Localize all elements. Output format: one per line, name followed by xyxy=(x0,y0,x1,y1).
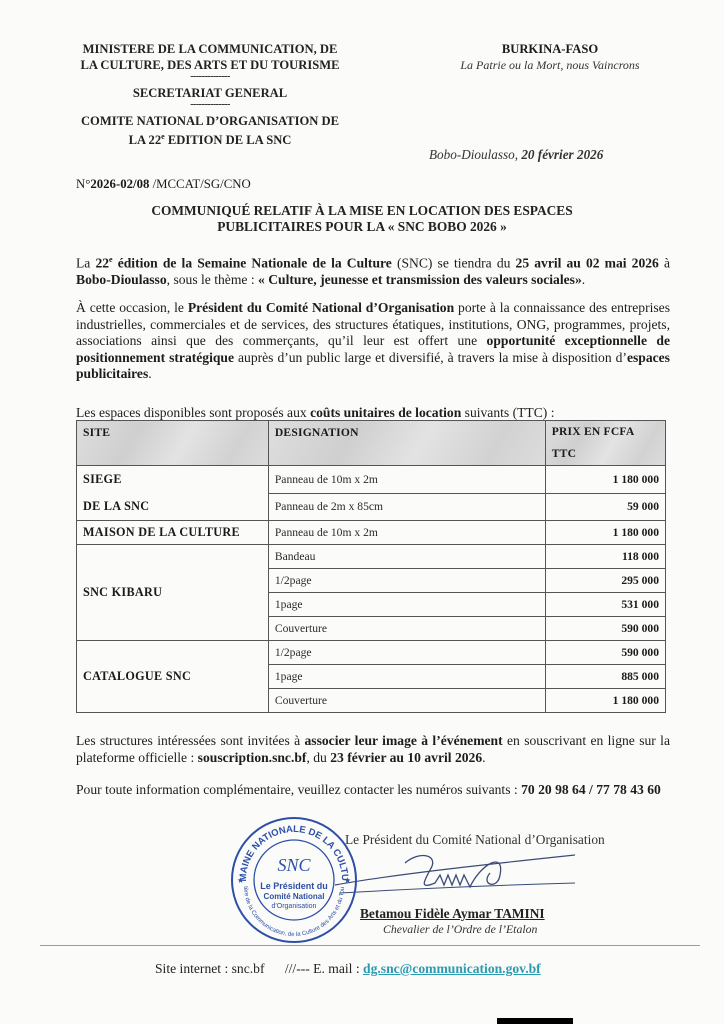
svg-text:★: ★ xyxy=(237,876,244,885)
ministry-line-1: MINISTERE DE LA COMMUNICATION, DE xyxy=(40,41,380,57)
paragraph-subscription: Les structures intéressées sont invitées… xyxy=(76,733,670,766)
designation-cell: Couverture xyxy=(268,689,545,713)
price-cell: 590 000 xyxy=(545,617,665,641)
table-row: MAISON DE LA CULTUREPanneau de 10m x 2m1… xyxy=(77,521,666,545)
site-cell: SNC KIBARU xyxy=(77,545,269,641)
email-link[interactable]: dg.snc@communication.gov.bf xyxy=(363,961,541,976)
column-header-site: SITE xyxy=(77,421,269,466)
table-row: SNC KIBARUBandeau118 000 xyxy=(77,545,666,569)
price-cell: 295 000 xyxy=(545,569,665,593)
committee-line-2: LA 22e EDITION DE LA SNC xyxy=(40,129,380,148)
site-cell: CATALOGUE SNC xyxy=(77,641,269,713)
redaction-bar xyxy=(497,1018,573,1024)
handwritten-signature xyxy=(330,845,580,905)
official-stamp: SEMAINE NATIONALE DE LA CULTURE Ministèr… xyxy=(228,816,360,944)
price-cell: 885 000 xyxy=(545,665,665,689)
ministry-header: MINISTERE DE LA COMMUNICATION, DE LA CUL… xyxy=(40,41,380,148)
paragraph-opportunity: À cette occasion, le Président du Comité… xyxy=(76,300,670,383)
site-cell: MAISON DE LA CULTURE xyxy=(77,521,269,545)
designation-cell: 1/2page xyxy=(268,569,545,593)
signatory-distinction: Chevalier de l’Ordre de l’Etalon xyxy=(383,922,537,937)
table-row: SIEGEDE LA SNCPanneau de 10m x 2m1 180 0… xyxy=(77,466,666,494)
svg-text:SNC: SNC xyxy=(277,855,311,875)
contact-phone-numbers: 70 20 98 64 / 77 78 43 60 xyxy=(521,782,661,797)
table-row: CATALOGUE SNC1/2page590 000 xyxy=(77,641,666,665)
country-name: BURKINA-FASO xyxy=(430,41,670,57)
column-header-designation: DESIGNATION xyxy=(268,421,545,466)
country-motto: La Patrie ou la Mort, nous Vaincrons xyxy=(430,57,670,73)
separator: -------------- xyxy=(40,101,380,113)
svg-text:d'Organisation: d'Organisation xyxy=(272,903,317,910)
price-cell: 1 180 000 xyxy=(545,521,665,545)
footer-contact: Site internet : snc.bf ///--- E. mail : … xyxy=(155,961,541,977)
price-cell: 1 180 000 xyxy=(545,466,665,494)
designation-cell: Bandeau xyxy=(268,545,545,569)
column-header-price: PRIX EN FCFATTC xyxy=(545,421,665,466)
svg-text:Le Président du: Le Président du xyxy=(260,881,328,891)
website-label: Site internet : snc.bf xyxy=(155,961,264,976)
country-header: BURKINA-FASO La Patrie ou la Mort, nous … xyxy=(430,41,670,73)
paragraph-contact: Pour toute information complémentaire, v… xyxy=(76,782,670,799)
designation-cell: Panneau de 10m x 2m xyxy=(268,521,545,545)
site-cell: SIEGEDE LA SNC xyxy=(77,466,269,521)
price-cell: 1 180 000 xyxy=(545,689,665,713)
paragraph-event: La 22e édition de la Semaine Nationale d… xyxy=(76,252,670,289)
price-cell: 59 000 xyxy=(545,493,665,521)
designation-cell: Couverture xyxy=(268,617,545,641)
document-title: COMMUNIQUÉ RELATIF À LA MISE EN LOCATION… xyxy=(60,203,664,235)
separator: -------------- xyxy=(40,73,380,85)
price-cell: 118 000 xyxy=(545,545,665,569)
signatory-name: Betamou Fidèle Aymar TAMINI xyxy=(360,906,545,922)
svg-text:★: ★ xyxy=(344,876,351,885)
designation-cell: 1page xyxy=(268,665,545,689)
reference-number: N°2026-02/08 /MCCAT/SG/CNO xyxy=(76,177,251,192)
designation-cell: 1/2page xyxy=(268,641,545,665)
price-cell: 531 000 xyxy=(545,593,665,617)
price-cell: 590 000 xyxy=(545,641,665,665)
footer-divider xyxy=(40,945,700,946)
designation-cell: Panneau de 10m x 2m xyxy=(268,466,545,494)
subscription-link: souscription.snc.bf xyxy=(198,750,307,765)
designation-cell: Panneau de 2m x 85cm xyxy=(268,493,545,521)
place-date: Bobo-Dioulasso, 20 février 2026 xyxy=(429,147,603,163)
svg-text:Comité National: Comité National xyxy=(264,892,325,901)
committee-line-1: COMITE NATIONAL D’ORGANISATION DE xyxy=(40,113,380,129)
designation-cell: 1page xyxy=(268,593,545,617)
pricing-table: SITE DESIGNATION PRIX EN FCFATTC SIEGEDE… xyxy=(76,420,666,713)
